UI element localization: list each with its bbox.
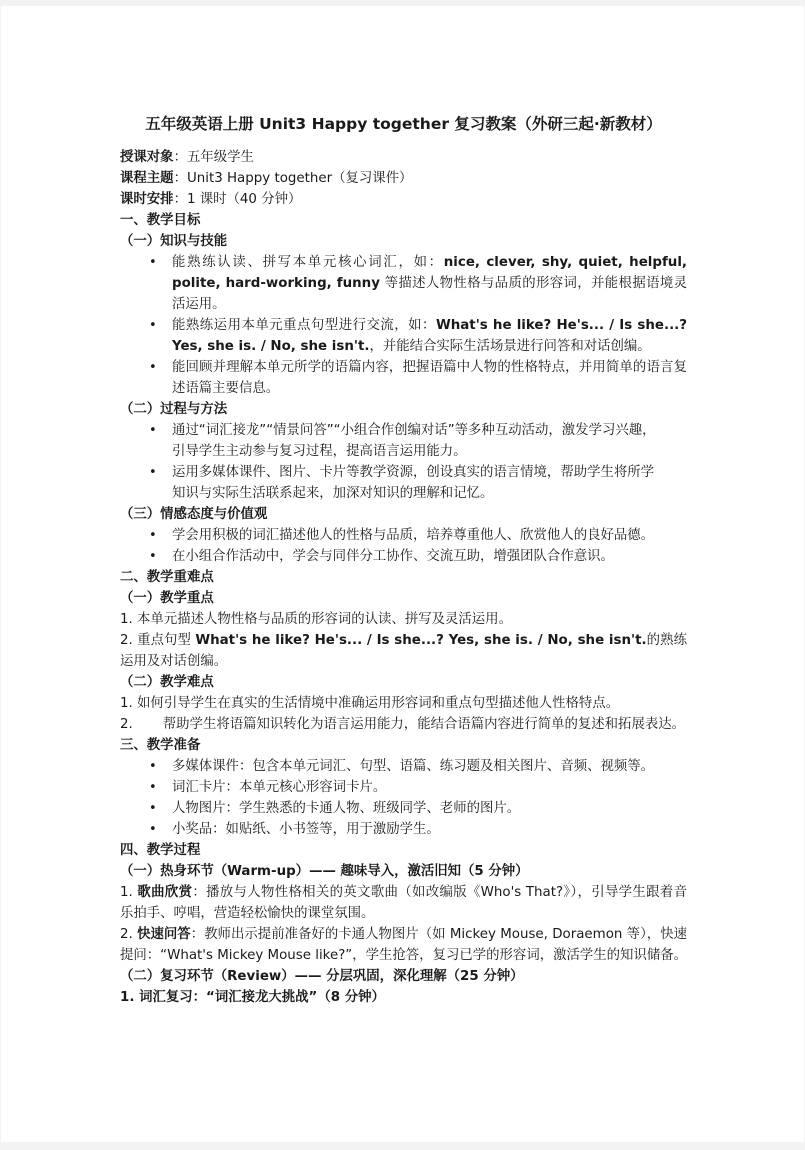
numbered-item: 1. 词汇复习：“词汇接龙大挑战”（8 分钟） <box>120 987 687 1008</box>
list-item: 学会用积极的词汇描述他人的性格与品质，培养尊重他人、欣赏他人的良好品德。 <box>120 525 687 546</box>
numbered-item: 2.帮助学生将语篇知识转化为语言运用能力，能结合语篇内容进行简单的复述和拓展表达… <box>120 714 687 735</box>
meta-topic: 课程主题：Unit3 Happy together（复习课件） <box>120 168 687 189</box>
subsection-heading: （二）复习环节（Review）—— 分层巩固，深化理解（25 分钟） <box>120 966 687 987</box>
meta-label: 课时安排 <box>120 192 174 207</box>
subsection-heading: （二）教学难点 <box>120 672 687 693</box>
list-item: 小奖品：如贴纸、小书签等，用于激励学生。 <box>120 819 687 840</box>
subsection-heading: （一）教学重点 <box>120 588 687 609</box>
meta-value: Unit3 Happy together（复习课件） <box>187 171 413 186</box>
numbered-item: 1. 如何引导学生在真实的生活情境中准确运用形容词和重点句型描述他人性格特点。 <box>120 693 687 714</box>
bullet-list-preparation: 多媒体课件：包含本单元词汇、句型、语篇、练习题及相关图片、音频、视频等。 词汇卡… <box>120 756 687 840</box>
meta-value: 1 课时（40 分钟） <box>187 192 301 207</box>
list-item: 在小组合作活动中，学会与同伴分工协作、交流互助，增强团队合作意识。 <box>120 546 687 567</box>
document-page: 五年级英语上册 Unit3 Happy together 复习教案（外研三起·新… <box>1 6 804 1142</box>
section-heading-preparation: 三、教学准备 <box>120 735 687 756</box>
list-item: 能回顾并理解本单元所学的语篇内容，把握语篇中人物的性格特点，并用简单的语言复述语… <box>120 357 687 399</box>
list-item: 能熟练运用本单元重点句型进行交流，如：What's he like? He's.… <box>120 315 687 357</box>
list-item: 能熟练认读、拼写本单元核心词汇，如：nice, clever, shy, qui… <box>120 252 687 315</box>
section-heading-objectives: 一、教学目标 <box>120 210 687 231</box>
section-heading-process: 四、教学过程 <box>120 840 687 861</box>
subsection-heading: （三）情感态度与价值观 <box>120 504 687 525</box>
meta-audience: 授课对象：五年级学生 <box>120 147 687 168</box>
numbered-item: 1. 歌曲欣赏：播放与人物性格相关的英文歌曲（如改编版《Who's That?》… <box>120 882 687 924</box>
subsection-heading: （一）知识与技能 <box>120 231 687 252</box>
numbered-item: 2. 快速问答：教师出示提前准备好的卡通人物图片（如 Mickey Mouse,… <box>120 924 687 966</box>
list-item: 通过“词汇接龙”“情景问答”“小组合作创编对话”等多种互动活动，激发学习兴趣，引… <box>120 420 687 462</box>
meta-label: 课程主题 <box>120 171 174 186</box>
numbered-item: 1. 本单元描述人物性格与品质的形容词的认读、拼写及灵活运用。 <box>120 609 687 630</box>
numbered-item: 2. 重点句型 What's he like? He's... / Is she… <box>120 630 687 672</box>
meta-value: 五年级学生 <box>187 150 254 165</box>
section-heading-key-points: 二、教学重难点 <box>120 567 687 588</box>
bullet-list-process: 通过“词汇接龙”“情景问答”“小组合作创编对话”等多种互动活动，激发学习兴趣，引… <box>120 420 687 504</box>
list-item: 人物图片：学生熟悉的卡通人物、班级同学、老师的图片。 <box>120 798 687 819</box>
subsection-heading: （一）热身环节（Warm-up）—— 趣味导入，激活旧知（5 分钟） <box>120 861 687 882</box>
meta-schedule: 课时安排：1 课时（40 分钟） <box>120 189 687 210</box>
list-item: 多媒体课件：包含本单元词汇、句型、语篇、练习题及相关图片、音频、视频等。 <box>120 756 687 777</box>
bullet-list-values: 学会用积极的词汇描述他人的性格与品质，培养尊重他人、欣赏他人的良好品德。 在小组… <box>120 525 687 567</box>
bullet-list-knowledge: 能熟练认读、拼写本单元核心词汇，如：nice, clever, shy, qui… <box>120 252 687 399</box>
document-content: 五年级英语上册 Unit3 Happy together 复习教案（外研三起·新… <box>120 113 687 1008</box>
subsection-heading: （二）过程与方法 <box>120 399 687 420</box>
document-title: 五年级英语上册 Unit3 Happy together 复习教案（外研三起·新… <box>120 113 687 135</box>
meta-label: 授课对象 <box>120 150 174 165</box>
list-item: 词汇卡片：本单元核心形容词卡片。 <box>120 777 687 798</box>
list-item: 运用多媒体课件、图片、卡片等教学资源，创设真实的语言情境，帮助学生将所学知识与实… <box>120 462 687 504</box>
